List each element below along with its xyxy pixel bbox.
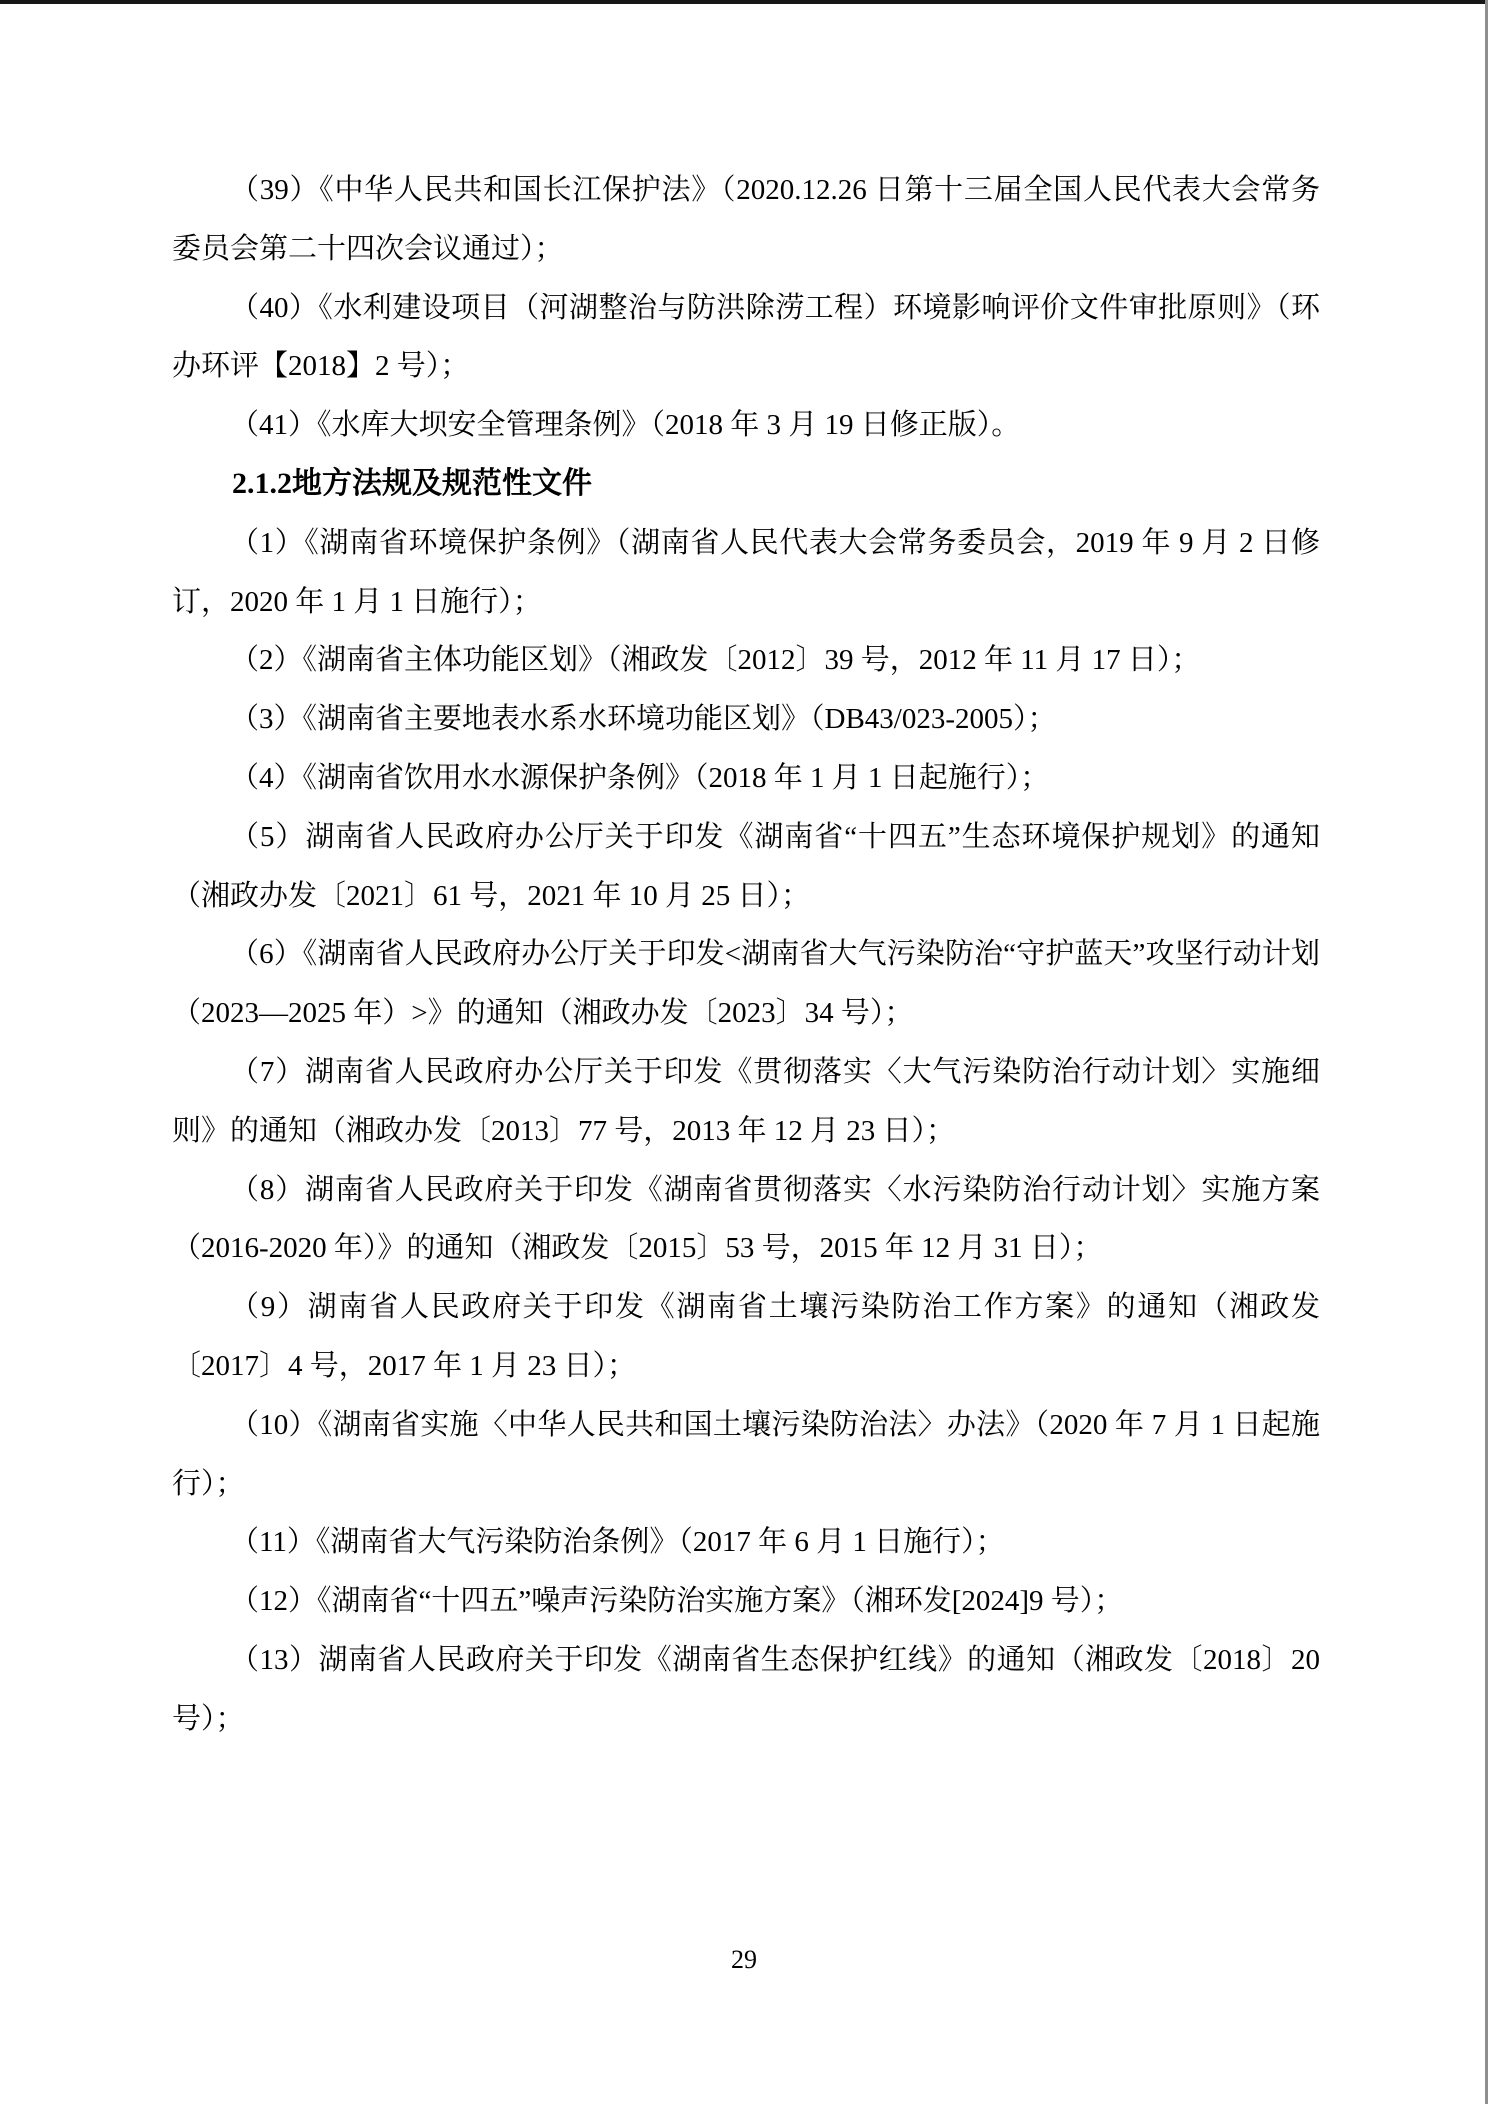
page-number: 29 bbox=[731, 1945, 757, 1974]
regulation-item-12: （12）《湖南省“十四五”噪声污染防治实施方案》（湘环发[2024]9 号）； bbox=[172, 1572, 1320, 1631]
regulation-item-41: （41）《水库大坝安全管理条例》（2018 年 3 月 19 日修正版）。 bbox=[172, 396, 1320, 455]
regulation-item-40: （40）《水利建设项目（河湖整治与防洪除涝工程）环境影响评价文件审批原则》（环办… bbox=[172, 279, 1320, 397]
regulation-item-5: （5）湖南省人民政府办公厅关于印发《湖南省“十四五”生态环境保护规划》的通知（湘… bbox=[172, 808, 1320, 926]
document-content: （39）《中华人民共和国长江保护法》（2020.12.26 日第十三届全国人民代… bbox=[172, 0, 1320, 1749]
regulation-item-2: （2）《湖南省主体功能区划》（湘政发〔2012〕39 号，2012 年 11 月… bbox=[172, 631, 1320, 690]
regulation-item-1: （1）《湖南省环境保护条例》（湖南省人民代表大会常务委员会，2019 年 9 月… bbox=[172, 514, 1320, 632]
regulation-item-11: （11）《湖南省大气污染防治条例》（2017 年 6 月 1 日施行）； bbox=[172, 1513, 1320, 1572]
regulation-item-6: （6）《湖南省人民政府办公厅关于印发<湖南省大气污染防治“守护蓝天”攻坚行动计划… bbox=[172, 925, 1320, 1043]
regulation-item-9: （9）湖南省人民政府关于印发《湖南省土壤污染防治工作方案》的通知（湘政发〔201… bbox=[172, 1278, 1320, 1396]
regulation-item-10: （10）《湖南省实施〈中华人民共和国土壤污染防治法〉办法》（2020 年 7 月… bbox=[172, 1396, 1320, 1514]
document-page: （39）《中华人民共和国长江保护法》（2020.12.26 日第十三届全国人民代… bbox=[0, 0, 1488, 2104]
page-footer: 29 bbox=[0, 1944, 1488, 1976]
regulation-item-39: （39）《中华人民共和国长江保护法》（2020.12.26 日第十三届全国人民代… bbox=[172, 161, 1320, 279]
regulation-item-4: （4）《湖南省饮用水水源保护条例》（2018 年 1 月 1 日起施行）； bbox=[172, 749, 1320, 808]
section-heading: 2.1.2地方法规及规范性文件 bbox=[172, 455, 1320, 514]
regulation-item-8: （8）湖南省人民政府关于印发《湖南省贯彻落实〈水污染防治行动计划〉实施方案（20… bbox=[172, 1161, 1320, 1279]
regulation-item-13: （13）湖南省人民政府关于印发《湖南省生态保护红线》的通知（湘政发〔2018〕2… bbox=[172, 1631, 1320, 1749]
regulation-item-3: （3）《湖南省主要地表水系水环境功能区划》（DB43/023-2005）； bbox=[172, 690, 1320, 749]
regulation-item-7: （7）湖南省人民政府办公厅关于印发《贯彻落实〈大气污染防治行动计划〉实施细则》的… bbox=[172, 1043, 1320, 1161]
